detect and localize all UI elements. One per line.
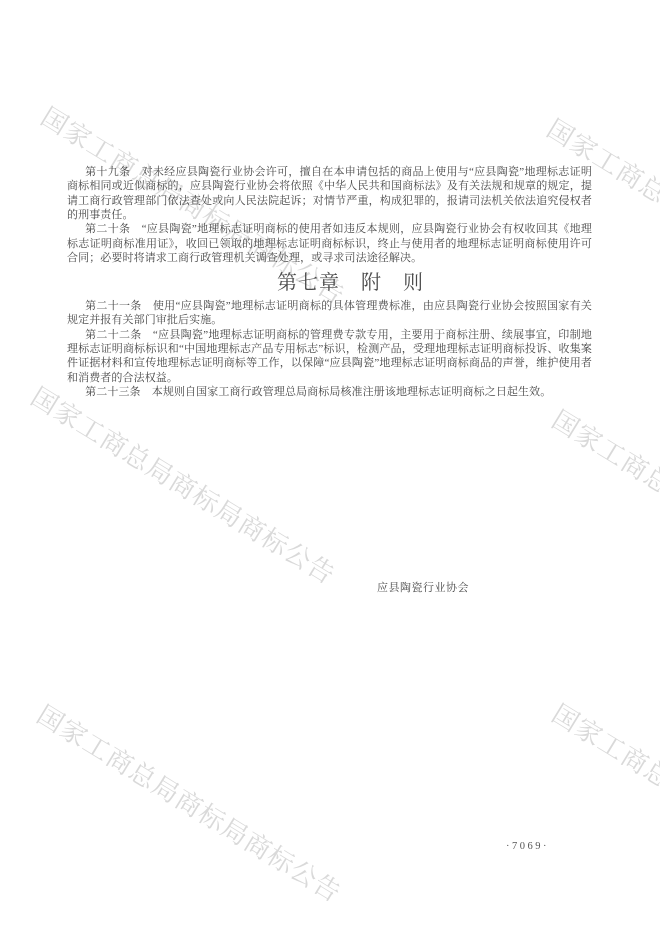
paragraph-article-21: 第二十一条 使用“应县陶瓷”地理标志证明商标的具体管理费标准，由应县陶瓷行业协会… [67, 299, 592, 328]
chapter-seven-paragraphs: 第二十一条 使用“应县陶瓷”地理标志证明商标的具体管理费标准，由应县陶瓷行业协会… [67, 299, 592, 399]
paragraph-article-22: 第二十二条 “应县陶瓷”地理标志证明商标的管理费专款专用，主要用于商标注册、续展… [67, 328, 592, 385]
page-number: ·7069· [506, 841, 549, 852]
paragraph-article-23: 第二十三条 本规则自国家工商行政管理总局商标局核准注册该地理标志证明商标之日起生… [67, 385, 592, 399]
gazette-scan-page: 国家工商总局商标局商标公告 国家工商总局商标局商标公告 国家工商总局商标局商标公… [0, 0, 660, 943]
chapter-heading: 第七章 附 则 [67, 266, 592, 295]
signature: 应县陶瓷行业协会 [377, 579, 469, 595]
document-content: 第十九条 对未经应县陶瓷行业协会许可，擅自在本申请包括的商品上使用与“应县陶瓷”… [0, 0, 660, 943]
paragraph-article-20: 第二十条 “应县陶瓷”地理标志证明商标的使用者如违反本规则，应县陶瓷行业协会有权… [67, 222, 592, 265]
paragraph-article-19: 第十九条 对未经应县陶瓷行业协会许可，擅自在本申请包括的商品上使用与“应县陶瓷”… [67, 165, 592, 222]
chapter-six-tail-paragraphs: 第十九条 对未经应县陶瓷行业协会许可，擅自在本申请包括的商品上使用与“应县陶瓷”… [67, 165, 592, 265]
